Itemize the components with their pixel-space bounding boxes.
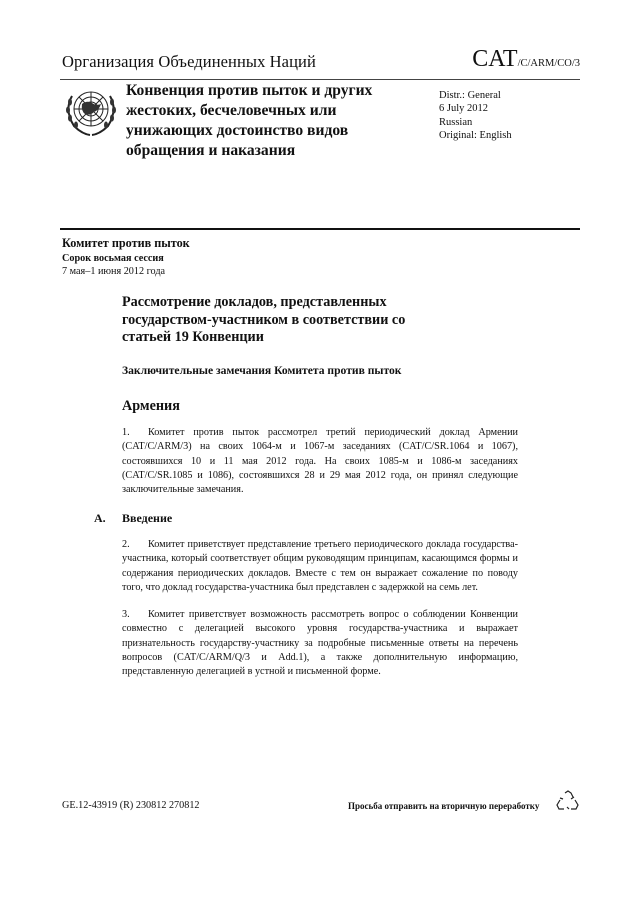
document-date: 6 July 2012 <box>439 102 512 115</box>
paragraph-number: 2. <box>122 538 148 552</box>
distribution-block: Distr.: General 6 July 2012 Russian Orig… <box>439 89 512 142</box>
document-symbol: CAT/C/ARM/CO/3 <box>472 46 580 73</box>
original-language: Original: English <box>439 129 512 142</box>
distribution-status: Distr.: General <box>439 89 512 102</box>
country-heading: Армения <box>122 398 180 415</box>
document-job-number: GE.12-43919 (R) 230812 270812 <box>62 800 200 811</box>
section-letter: A. <box>94 511 122 526</box>
paragraph-number: 3. <box>122 608 148 622</box>
paragraph-number: 1. <box>122 426 148 440</box>
recycle-icon <box>556 790 580 812</box>
document-language: Russian <box>439 116 512 129</box>
convention-title: Конвенция против пыток и других жестоких… <box>126 81 426 161</box>
committee-name: Комитет против пыток <box>62 236 190 251</box>
section-title: Введение <box>122 511 172 525</box>
paragraph-3: 3.Комитет приветствует возможность рассм… <box>122 608 518 679</box>
document-title: Рассмотрение докладов, представленных го… <box>122 294 452 347</box>
paragraph-text: Комитет приветствует возможность рассмот… <box>122 609 518 677</box>
symbol-suffix: /C/ARM/CO/3 <box>518 58 580 69</box>
paragraph-1: 1.Комитет против пыток рассмотрел третий… <box>122 426 518 497</box>
section-heading-introduction: A.Введение <box>94 511 172 526</box>
symbol-main: CAT <box>472 46 517 72</box>
paragraph-text: Комитет приветствует представление треть… <box>122 539 518 593</box>
paragraph-2: 2.Комитет приветствует представление тре… <box>122 538 518 595</box>
un-emblem-icon <box>62 82 120 136</box>
header-rule <box>60 79 580 80</box>
session-dates: 7 мая–1 июня 2012 года <box>62 265 165 278</box>
organization-name: Организация Объединенных Наций <box>62 52 316 72</box>
header-separator <box>60 228 580 230</box>
document-subtitle: Заключительные замечания Комитета против… <box>122 364 401 377</box>
recycle-note: Просьба отправить на вторичную переработ… <box>348 801 539 811</box>
session-name: Сорок восьмая сессия <box>62 252 164 265</box>
paragraph-text: Комитет против пыток рассмотрел третий п… <box>122 427 518 495</box>
